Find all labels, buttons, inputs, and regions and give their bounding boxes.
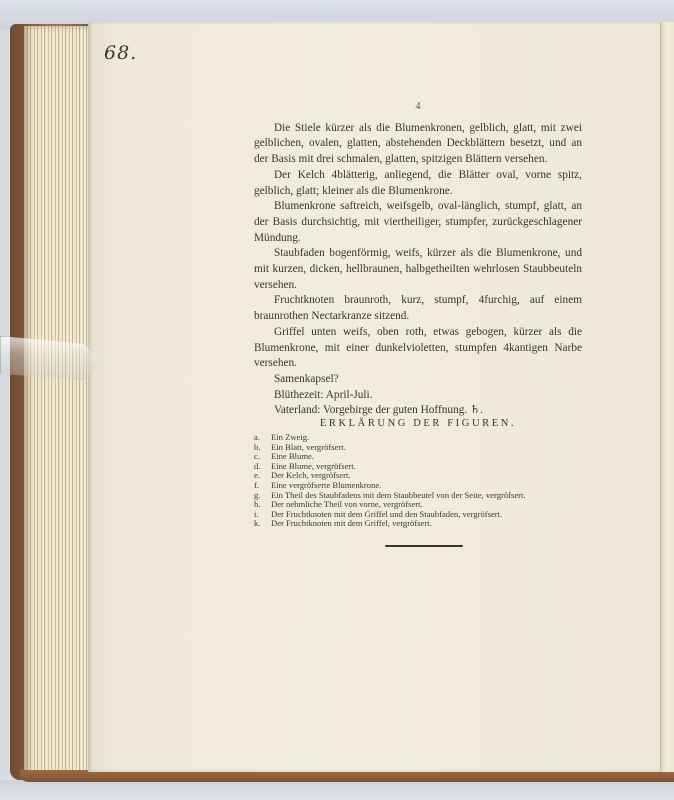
legend-text: Der Fruchtknoten mit dem Griffel, vergrö… <box>271 519 432 529</box>
legend-item: k.Der Fruchtknoten mit dem Griffel, verg… <box>254 519 594 529</box>
description-paragraph-stamen: Staubfaden bogenförmig, weifs, kürzer al… <box>254 246 582 293</box>
description-paragraph-corolla: Blumenkrone saftreich, weifsgelb, oval-l… <box>254 199 582 246</box>
decorative-rule <box>385 545 463 547</box>
description-paragraph-style: Griffel unten weifs, oben roth, etwas ge… <box>254 325 582 372</box>
legend-key: k. <box>254 519 271 529</box>
description-native-region: Vaterland: Vorgebirge der guten Hoffnung… <box>254 403 582 419</box>
signature-mark: 4 <box>254 99 582 115</box>
background-bottom <box>0 780 674 800</box>
description-seed-capsule: Samenkapsel? <box>254 372 582 388</box>
description-paragraph-stems: Die Stiele kürzer als die Blumenkronen, … <box>254 121 582 168</box>
handwritten-folio-number: 68. <box>104 42 137 64</box>
figures-legend: a.Ein Zweig. b.Ein Blatt, vergröfsert. c… <box>254 433 594 529</box>
page-edges-stack <box>24 26 90 776</box>
species-description: 4 Die Stiele kürzer als die Blumenkronen… <box>254 99 582 419</box>
description-flowering-time: Blüthezeit: April-Juli. <box>254 388 582 404</box>
facing-page-edge <box>660 22 674 772</box>
description-paragraph-ovary: Fruchtknoten braunroth, kurz, stumpf, 4f… <box>254 293 582 324</box>
description-paragraph-calyx: Der Kelch 4blätterig, anliegend, die Blä… <box>254 168 582 199</box>
figures-heading: ERKLÄRUNG DER FIGUREN. <box>254 418 582 429</box>
